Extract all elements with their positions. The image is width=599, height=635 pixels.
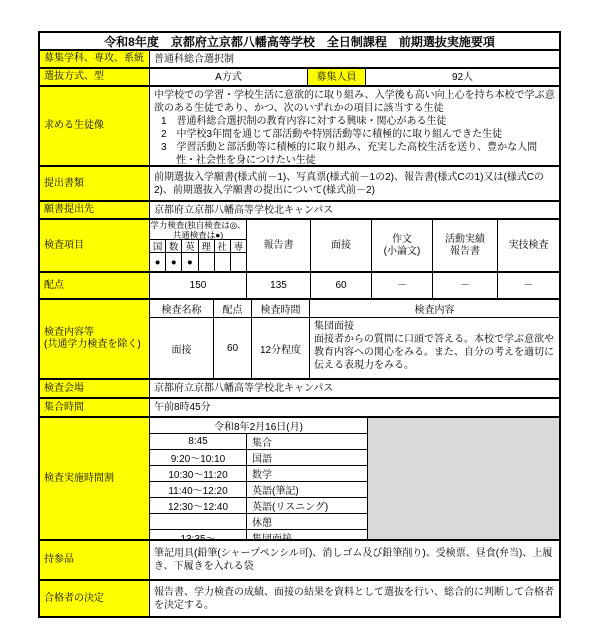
row-meeting-time: 集合時間 午前8時45分 [40, 399, 559, 418]
selection-requirements-table: 令和8年度 京都府立京都八幡高等学校 全日制課程 前期選抜実施要項 募集学科、専… [38, 31, 561, 618]
schedule-subject: 集団面接 [247, 530, 367, 539]
exam-item-practical: 実技検査 [498, 220, 559, 271]
schedule-row: 12:30～12:40 英語(リスニング) [150, 498, 367, 514]
value-ideal-student: 中学校での学習・学校生活に意欲的に取り組み、入学後も高い向上心を持ち本校で学ぶ意… [150, 87, 559, 165]
subject-math: 数 [166, 240, 182, 252]
schedule-time: 12:30～12:40 [150, 498, 247, 513]
value-decision: 報告書、学力検査の成績、面接の結果を資料として選抜を行い、総合的に判断して合格者… [150, 581, 559, 616]
schedule-subject: 休憩 [247, 514, 367, 529]
document-title: 令和8年度 京都府立京都八幡高等学校 全日制課程 前期選抜実施要項 [40, 33, 559, 49]
label-submission-place: 願書提出先 [40, 202, 150, 218]
schedule-time: 9:20～10:10 [150, 450, 247, 465]
header-exam-points: 配点 [214, 300, 252, 317]
schedule-time: 8:45 [150, 434, 247, 449]
subject-english: 英 [182, 240, 198, 252]
points-practical: － [498, 273, 559, 298]
mark-science [199, 253, 215, 271]
schedule-subject: 数学 [247, 466, 367, 481]
label-exam-details: 検査内容等 (共通学力検査を除く) [40, 300, 150, 378]
ideal-student-item-1: 1 普通科総合選択制の教育内容に対する興味・関心がある生徒 [154, 115, 555, 128]
row-belongings: 持参品 筆記用具(鉛筆(シャープペンシル可)、消しゴム及び鉛筆削り)、受検票、昼… [40, 541, 559, 581]
exam-detail-content: 集団面接 面接者からの質問に口頭で答える。本校で学ぶ意欲や教育内容への関心をみる… [310, 318, 559, 378]
mark-social [215, 253, 231, 271]
schedule-subject: 英語(筆記) [247, 482, 367, 497]
label-decision: 合格者の決定 [40, 581, 150, 616]
subject-social: 社 [215, 240, 231, 252]
title-row: 令和8年度 京都府立京都八幡高等学校 全日制課程 前期選抜実施要項 [40, 33, 559, 51]
academic-test-header: 学力検査(独自検査は◎、共通検査は●) [150, 220, 246, 240]
ideal-student-item-2: 2 中学校3年間を通じて部活動や特別活動等に積極的に取り組んできた生徒 [154, 128, 555, 141]
row-schedule: 検査実施時間割 令和8年2月16日(月) 8:45 集合 9:20～10:10 … [40, 418, 559, 541]
row-documents: 提出書類 前期選抜入学願書(様式前－1)、写真票(様式前－1の2)、報告書(様式… [40, 167, 559, 202]
points-interview: 60 [311, 273, 372, 298]
label-recruit-department: 募集学科、専攻、系統 [40, 51, 150, 67]
label-capacity: 募集人員 [308, 69, 366, 85]
label-exam-items: 検査項目 [40, 220, 150, 271]
header-exam-duration: 検査時間 [252, 300, 310, 317]
label-points: 配点 [40, 273, 150, 298]
academic-mark-row: ● ● ● [150, 253, 246, 271]
value-venue: 京都府立京都八幡高等学校北キャンパス [150, 380, 559, 397]
header-exam-content: 検査内容 [310, 300, 559, 317]
value-selection-method: A方式 [150, 69, 308, 85]
schedule-time: 10:30～11:20 [150, 466, 247, 481]
schedule-subtable: 令和8年2月16日(月) 8:45 集合 9:20～10:10 国語 10:30… [150, 418, 368, 539]
value-documents: 前期選抜入学願書(様式前－1)、写真票(様式前－1の2)、報告書(様式Cの1)又… [150, 167, 559, 200]
academic-subject-row: 国 数 英 理 社 専 [150, 240, 246, 253]
points-report: 135 [247, 273, 311, 298]
row-ideal-student: 求める生徒像 中学校での学習・学校生活に意欲的に取り組み、入学後も高い向上心を持… [40, 87, 559, 167]
exam-item-interview: 面接 [311, 220, 372, 271]
exam-detail-points: 60 [214, 318, 252, 378]
value-submission-place: 京都府立京都八幡高等学校北キャンパス [150, 202, 559, 218]
points-activity-report: － [433, 273, 498, 298]
ideal-student-intro: 中学校での学習・学校生活に意欲的に取り組み、入学後も高い向上心を持ち本校で学ぶ意… [154, 89, 555, 115]
schedule-subject: 英語(リスニング) [247, 498, 367, 513]
header-exam-name: 検査名称 [150, 300, 214, 317]
row-submission-place: 願書提出先 京都府立京都八幡高等学校北キャンパス [40, 202, 559, 220]
schedule-time: 13:35～ [150, 530, 247, 539]
value-recruit-department: 普通科総合選択制 [150, 51, 559, 67]
subject-japanese: 国 [150, 240, 166, 252]
value-belongings: 筆記用具(鉛筆(シャープペンシル可)、消しゴム及び鉛筆削り)、受検票、昼食(弁当… [150, 541, 559, 579]
exam-item-activity-report: 活動実績 報告書 [433, 220, 498, 271]
exam-item-essay: 作文 (小論文) [372, 220, 433, 271]
row-venue: 検査会場 京都府立京都八幡高等学校北キャンパス [40, 380, 559, 399]
row-selection-method: 選抜方式、型 A方式 募集人員 92人 [40, 69, 559, 87]
exam-details-data-row: 面接 60 12分程度 集団面接 面接者からの質問に口頭で答える。本校で学ぶ意欲… [150, 318, 559, 378]
row-decision: 合格者の決定 報告書、学力検査の成績、面接の結果を資料として選抜を行い、総合的に… [40, 581, 559, 616]
value-meeting-time: 午前8時45分 [150, 399, 559, 416]
schedule-time: 11:40～12:20 [150, 482, 247, 497]
label-documents: 提出書類 [40, 167, 150, 200]
row-points: 配点 150 135 60 － － － [40, 273, 559, 300]
exam-detail-name: 面接 [150, 318, 214, 378]
schedule-row: 13:35～ 集団面接 [150, 530, 367, 539]
row-exam-items: 検査項目 学力検査(独自検査は◎、共通検査は●) 国 数 英 理 社 専 ● ●… [40, 220, 559, 273]
mark-english: ● [182, 253, 198, 271]
label-belongings: 持参品 [40, 541, 150, 579]
points-academic: 150 [150, 273, 247, 298]
academic-test-group: 学力検査(独自検査は◎、共通検査は●) 国 数 英 理 社 専 ● ● ● [150, 220, 247, 271]
exam-content-body: 面接者からの質問に口頭で答える。本校で学ぶ意欲や教育内容への関心をみる。また、自… [314, 333, 555, 372]
exam-detail-duration: 12分程度 [252, 318, 310, 378]
label-selection-method: 選抜方式、型 [40, 69, 150, 85]
schedule-subject: 集合 [247, 434, 367, 449]
schedule-area: 令和8年2月16日(月) 8:45 集合 9:20～10:10 国語 10:30… [150, 418, 559, 539]
shaded-empty-area [368, 418, 559, 539]
subject-science: 理 [199, 240, 215, 252]
value-capacity: 92人 [366, 69, 559, 85]
ideal-student-item-3: 3 学習活動と部活動等に積極的に取り組み、充実した高校生活を送り、豊かな人間性・… [154, 141, 555, 165]
exam-item-report: 報告書 [247, 220, 311, 271]
schedule-row: 休憩 [150, 514, 367, 530]
label-venue: 検査会場 [40, 380, 150, 397]
schedule-row: 9:20～10:10 国語 [150, 450, 367, 466]
exam-content-title: 集団面接 [314, 320, 555, 333]
label-meeting-time: 集合時間 [40, 399, 150, 416]
mark-math: ● [166, 253, 182, 271]
schedule-date: 令和8年2月16日(月) [150, 418, 367, 434]
row-recruit: 募集学科、専攻、系統 普通科総合選択制 [40, 51, 559, 69]
subject-specialty: 専 [231, 240, 246, 252]
points-essay: － [372, 273, 433, 298]
schedule-row: 11:40～12:20 英語(筆記) [150, 482, 367, 498]
exam-details-subtable: 検査名称 配点 検査時間 検査内容 面接 60 12分程度 集団面接 面接者から… [150, 300, 559, 378]
label-schedule: 検査実施時間割 [40, 418, 150, 539]
schedule-time [150, 514, 247, 529]
label-ideal-student: 求める生徒像 [40, 87, 150, 165]
schedule-row: 8:45 集合 [150, 434, 367, 450]
mark-japanese: ● [150, 253, 166, 271]
exam-details-header-row: 検査名称 配点 検査時間 検査内容 [150, 300, 559, 318]
schedule-subject: 国語 [247, 450, 367, 465]
schedule-row: 10:30～11:20 数学 [150, 466, 367, 482]
mark-specialty [231, 253, 246, 271]
row-exam-details: 検査内容等 (共通学力検査を除く) 検査名称 配点 検査時間 検査内容 面接 6… [40, 300, 559, 380]
